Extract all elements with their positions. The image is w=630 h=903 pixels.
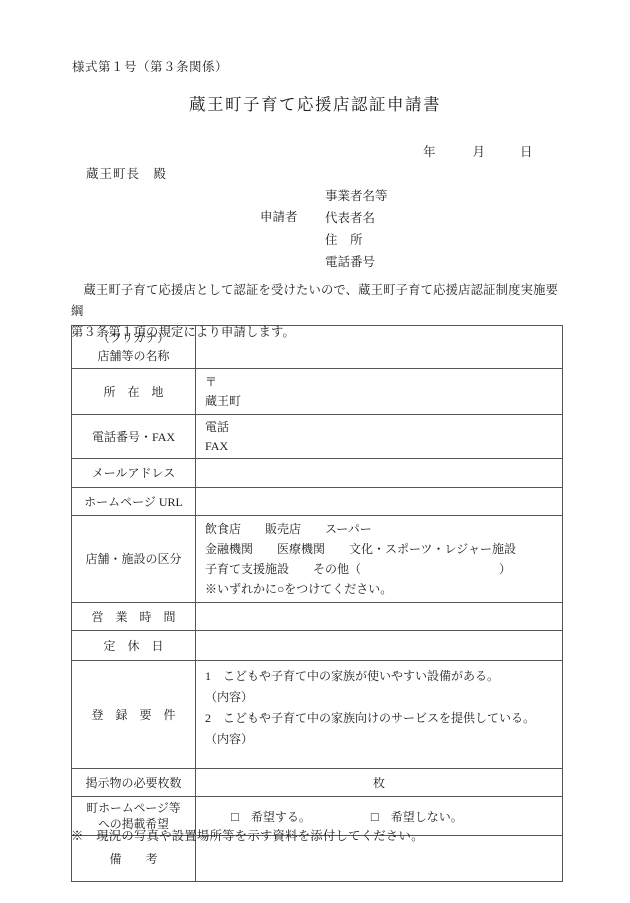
phone-prefix: 電話 <box>205 418 553 437</box>
date-year-label: 年 <box>423 145 436 159</box>
category-other-close-paren: ） <box>499 559 511 579</box>
date-month-label: 月 <box>473 145 486 159</box>
input-cell-shop-name[interactable] <box>196 326 563 369</box>
addressee: 蔵王町長 殿 <box>86 164 167 182</box>
website-publish-label-line-1: 町ホームページ等 <box>74 800 193 816</box>
input-cell-business-hours[interactable] <box>196 603 563 631</box>
category-options-line-1: 飲食店 販売店 スーパー <box>205 519 553 539</box>
row-label-phone-fax: 電話番号・FAX <box>72 415 196 459</box>
applicant-field-address: 住 所 <box>325 229 388 251</box>
input-cell-email[interactable] <box>196 459 563 488</box>
date-day-label: 日 <box>520 145 533 159</box>
category-instruction: ※いずれかに○をつけてください。 <box>205 579 553 599</box>
table-row-business-hours: 営 業 時 間 <box>72 603 563 631</box>
intro-line-1: 蔵王町子育て応援店として認証を受けたいので、蔵王町子育て応援店認証制度実施要綱 <box>71 280 565 322</box>
table-row-address: 所 在 地 〒 蔵王町 <box>72 369 563 415</box>
row-label-address: 所 在 地 <box>72 369 196 415</box>
document-page: 様式第１号（第３条関係） 蔵王町子育て応援店認証申請書 年月日 蔵王町長 殿 申… <box>0 0 630 903</box>
row-label-registration-requirements: 登 録 要 件 <box>72 661 196 769</box>
postal-mark: 〒 <box>205 373 553 392</box>
requirement-item-2-detail: （内容） <box>205 729 553 750</box>
publish-yes-label: 希望する。 <box>251 808 311 825</box>
application-table: （フリガナ） 店舗等の名称 所 在 地 〒 蔵王町 電話番号・FAX 電話 FA… <box>71 325 563 882</box>
category-options-line-3: 子育て支援施設 その他（ ） <box>205 559 553 579</box>
row-label-closed-days: 定 休 日 <box>72 631 196 661</box>
applicant-fields: 事業者名等 代表者名 住 所 電話番号 <box>325 185 388 273</box>
shop-name-label: 店舗等の名称 <box>74 347 193 365</box>
row-label-shop-name: （フリガナ） 店舗等の名称 <box>72 326 196 369</box>
publish-yes-checkbox-icon[interactable]: □ <box>231 810 239 823</box>
table-row-shop-name: （フリガナ） 店舗等の名称 <box>72 326 563 369</box>
publish-no-checkbox-icon[interactable]: □ <box>371 810 379 823</box>
date-line: 年月日 <box>423 142 533 160</box>
category-options-cell[interactable]: 飲食店 販売店 スーパー 金融機関 医療機関 文化・スポーツ・レジャー施設 子育… <box>196 516 563 603</box>
publish-no-label: 希望しない。 <box>391 808 463 825</box>
table-row-category: 店舗・施設の区分 飲食店 販売店 スーパー 金融機関 医療機関 文化・スポーツ・… <box>72 516 563 603</box>
row-label-business-hours: 営 業 時 間 <box>72 603 196 631</box>
publish-yes-option: □ 希望する。 <box>231 808 311 825</box>
form-number: 様式第１号（第３条関係） <box>72 57 228 75</box>
category-options-line-2: 金融機関 医療機関 文化・スポーツ・レジャー施設 <box>205 539 553 559</box>
address-prefill: 蔵王町 <box>205 392 553 411</box>
requirement-item-1-detail: （内容） <box>205 687 553 708</box>
table-row-poster-count: 掲示物の必要枚数 枚 <box>72 769 563 797</box>
input-cell-poster-count[interactable]: 枚 <box>196 769 563 797</box>
row-label-website-url: ホームページ URL <box>72 488 196 516</box>
table-row-website-url: ホームページ URL <box>72 488 563 516</box>
input-cell-website-url[interactable] <box>196 488 563 516</box>
requirement-item-2: 2 こどもや子育て中の家族向けのサービスを提供している。 <box>205 708 553 729</box>
furigana-label: （フリガナ） <box>74 329 193 347</box>
applicant-label: 申請者 <box>260 207 298 225</box>
row-label-poster-count: 掲示物の必要枚数 <box>72 769 196 797</box>
page-title: 蔵王町子育て応援店認証申請書 <box>0 91 630 115</box>
poster-count-unit: 枚 <box>373 776 385 790</box>
table-row-email: メールアドレス <box>72 459 563 488</box>
applicant-field-representative-name: 代表者名 <box>325 207 388 229</box>
applicant-field-phone: 電話番号 <box>325 251 388 273</box>
publish-no-option: □ 希望しない。 <box>371 808 463 825</box>
attachment-footnote: ※ 現況の写真や設置場所等を示す資料を添付してください。 <box>71 826 424 844</box>
table-row-registration-requirements: 登 録 要 件 1 こどもや子育て中の家族が使いやすい設備がある。 （内容） 2… <box>72 661 563 769</box>
requirement-item-1: 1 こどもや子育て中の家族が使いやすい設備がある。 <box>205 666 553 687</box>
table-row-phone-fax: 電話番号・FAX 電話 FAX <box>72 415 563 459</box>
input-cell-phone-fax[interactable]: 電話 FAX <box>196 415 563 459</box>
row-label-category: 店舗・施設の区分 <box>72 516 196 603</box>
applicant-field-business-name: 事業者名等 <box>325 185 388 207</box>
category-other-option: 子育て支援施設 その他（ <box>205 559 361 579</box>
fax-prefix: FAX <box>205 437 553 456</box>
requirements-cell[interactable]: 1 こどもや子育て中の家族が使いやすい設備がある。 （内容） 2 こどもや子育て… <box>196 661 563 769</box>
input-cell-closed-days[interactable] <box>196 631 563 661</box>
input-cell-address[interactable]: 〒 蔵王町 <box>196 369 563 415</box>
table-row-closed-days: 定 休 日 <box>72 631 563 661</box>
row-label-email: メールアドレス <box>72 459 196 488</box>
